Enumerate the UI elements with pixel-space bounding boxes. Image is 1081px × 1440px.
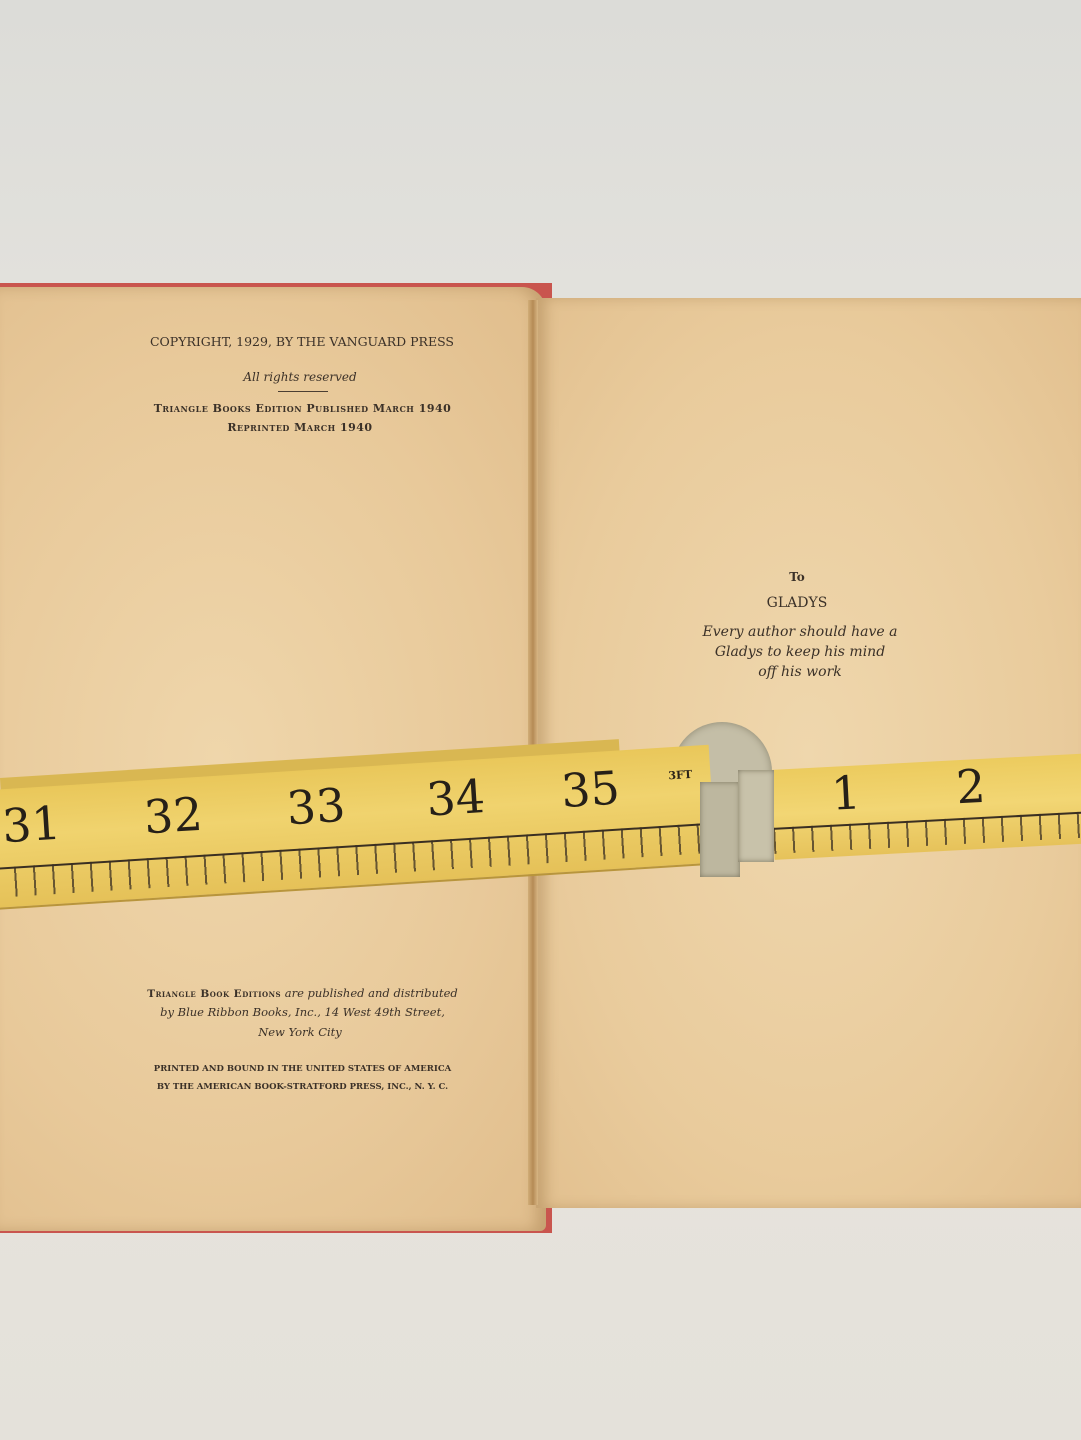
rights-reserved: All rights reserved [200,370,400,384]
ruler-number: 33 [285,778,347,836]
ruler-number: 34 [425,769,487,827]
ruler-number: 32 [142,787,204,845]
ruler-brass-plate [738,770,774,862]
dedication-name: GLADYS [737,595,857,611]
ruler-number: 31 [1,796,63,854]
dedication-line-3: off his work [680,664,920,680]
folding-ruler-right-segment: 1 2 [770,753,1081,860]
publisher-line-3: New York City [200,1025,400,1039]
series-name: Triangle Book Editions [147,988,281,1000]
dedication-to: To [757,570,837,584]
ruler-number: 2 [955,759,987,814]
ruler-number: 35 [560,761,622,819]
edition-line: Triangle Books Edition Published March 1… [140,402,465,415]
ruler-brass-plate [700,782,740,877]
printer-line-1: PRINTED AND BOUND IN THE UNITED STATES O… [130,1064,475,1074]
ruler-number: 1 [830,765,862,820]
publisher-line-2: by Blue Ribbon Books, Inc., 14 West 49th… [125,1005,480,1019]
copyright-line: COPYRIGHT, 1929, BY THE VANGUARD PRESS [142,334,462,349]
publisher-text: are published and distributed [281,986,458,1000]
dedication-line-1: Every author should have a [680,624,920,640]
ruler-mark: 3FT [668,768,692,782]
dedication-line-2: Gladys to keep his mind [680,644,920,660]
divider [278,391,328,392]
reprint-line: Reprinted March 1940 [190,421,410,434]
publisher-line-1: Triangle Book Editions are published and… [125,986,480,1000]
printer-line-2: BY THE AMERICAN BOOK-STRATFORD PRESS, IN… [130,1082,475,1092]
